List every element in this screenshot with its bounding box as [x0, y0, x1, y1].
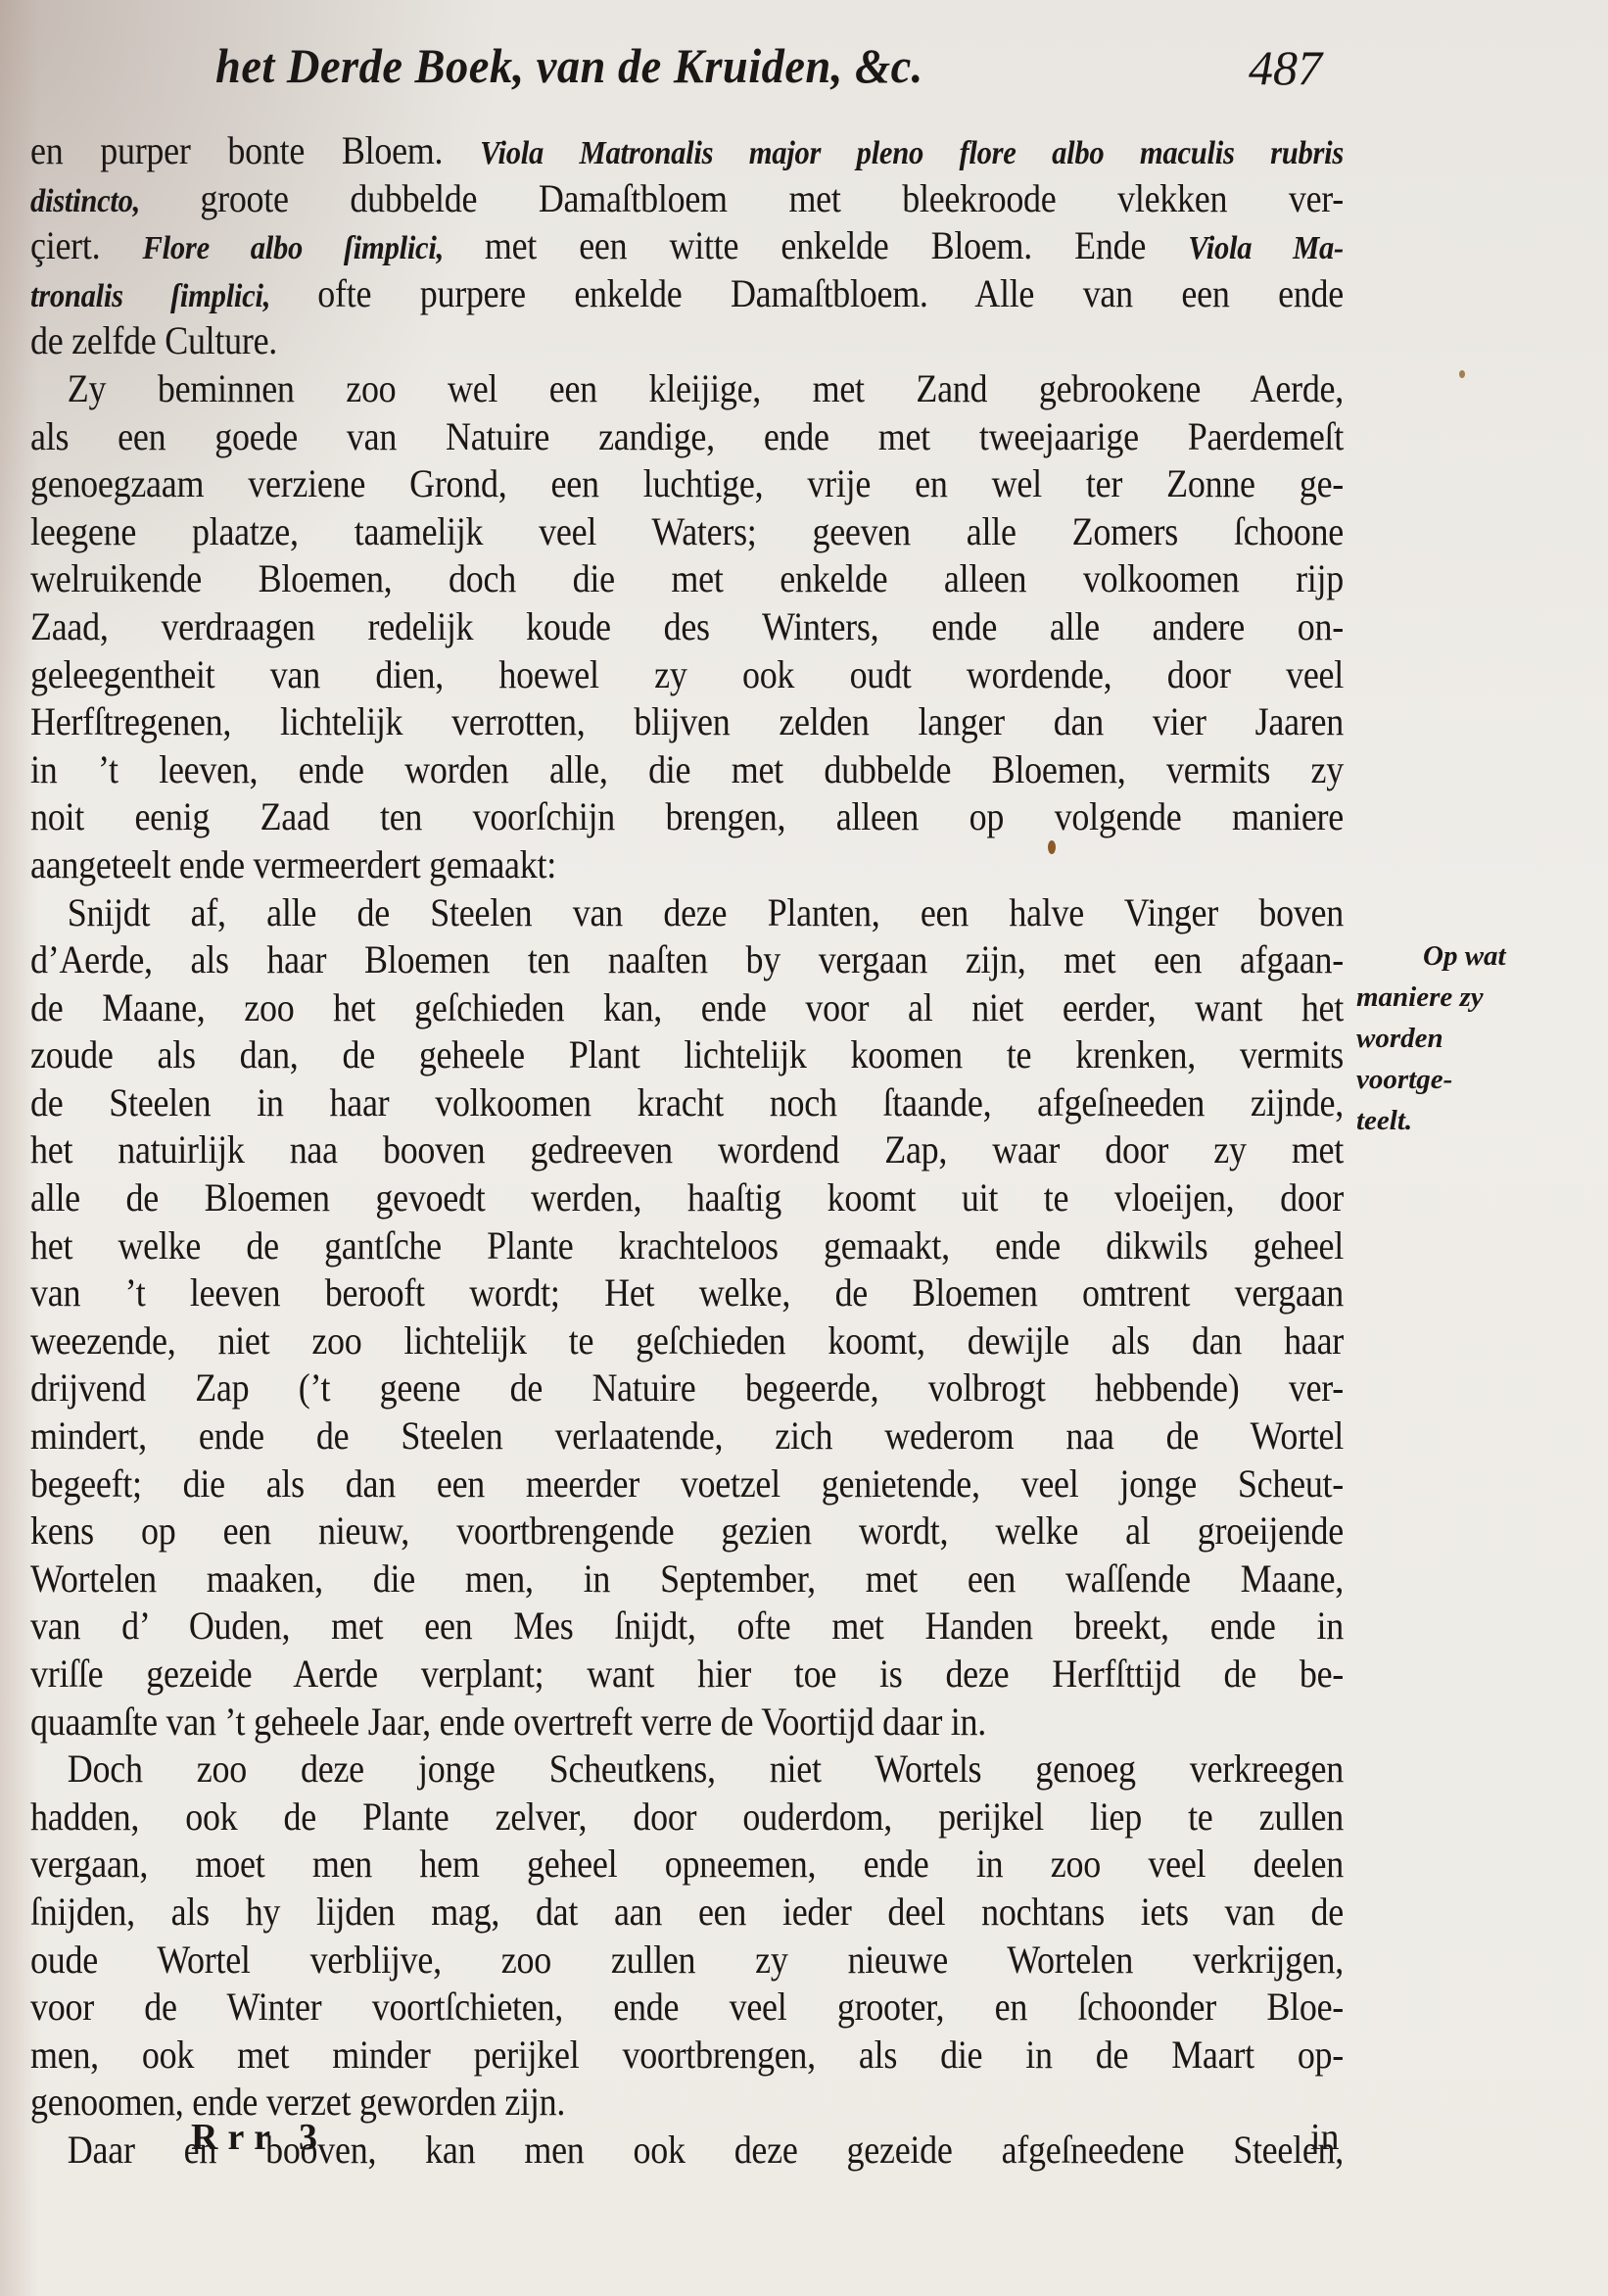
text-line: voor de Winter voortſchieten, ende veel … [30, 1984, 1344, 2032]
text-line: geleegentheit van dien, hoewel zy ook ou… [30, 651, 1344, 699]
text-line: noit eenig Zaad ten voorſchijn brengen, … [30, 793, 1344, 841]
text-line: men, ook met minder perijkel voortbrenge… [30, 2032, 1344, 2080]
text-segment: het natuirlijk naa booven gedreeven word… [30, 1127, 1344, 1172]
text-segment: geleegentheit van dien, hoewel zy ook ou… [30, 652, 1344, 696]
text-line: zoude als dan, de geheele Plant lichteli… [30, 1031, 1344, 1079]
text-line: leegene plaatze, taamelijk veel Waters; … [30, 508, 1344, 556]
text-segment: leegene plaatze, taamelijk veel Waters; … [30, 509, 1344, 553]
text-line: het welke de gantſche Plante krachteloos… [30, 1222, 1344, 1270]
margin-note: Op watmaniere zywordenvoortge-teelt. [1356, 935, 1533, 1141]
text-segment: kens op een nieuw, voortbrengende gezien… [30, 1508, 1344, 1553]
text-segment: van ’t leeven berooft wordt; Het welke, … [30, 1270, 1344, 1315]
text-line: hadden, ook de Plante zelver, door ouder… [30, 1794, 1344, 1842]
text-segment: in ’t leeven, ende worden alle, die met … [30, 747, 1344, 791]
text-segment: voor de Winter voortſchieten, ende veel … [30, 1985, 1344, 2029]
text-line: de Maane, zoo het geſchieden kan, ende v… [30, 984, 1344, 1032]
text-segment: d’Aerde, als haar Bloemen ten naaſten by… [30, 937, 1344, 981]
text-segment: van d’ Ouden, met een Mes ſnijdt, ofte m… [30, 1603, 1344, 1648]
text-segment: Zy beminnen zoo wel een kleijige, met Za… [68, 366, 1344, 410]
text-segment: ofte purpere enkelde Damaſtbloem. Alle v… [317, 271, 1344, 315]
ink-speck [1048, 840, 1056, 854]
text-line: weezende, niet zoo lichtelijk te geſchie… [30, 1317, 1344, 1365]
text-line: van d’ Ouden, met een Mes ſnijdt, ofte m… [30, 1602, 1344, 1650]
text-line: van ’t leeven berooft wordt; Het welke, … [30, 1269, 1344, 1317]
margin-note-line: maniere zy [1356, 977, 1533, 1018]
text-line: vergaan, moet men hem geheel opneemen, e… [30, 1841, 1344, 1889]
text-segment: Doch zoo deze jonge Scheutkens, niet Wor… [68, 1746, 1344, 1791]
text-segment: vriſſe gezeide Aerde verplant; want hier… [30, 1651, 1344, 1696]
text-segment: groote dubbelde Damaſtbloem met bleekroo… [200, 176, 1344, 220]
text-line: en purper bonte Bloem. Viola Matronalis … [30, 127, 1344, 175]
text-line: çiert. Flore albo ſimplici, met een witt… [30, 222, 1344, 270]
latin-phrase: Viola Ma- [1188, 230, 1344, 266]
latin-phrase: tronalis ſimplici, [30, 278, 317, 314]
text-line: de zelfde Culture. [30, 317, 1344, 365]
text-segment: de Steelen in haar volkoomen kracht noch… [30, 1080, 1344, 1124]
text-segment: quaamſte van ’t geheele Jaar, ende overt… [30, 1699, 986, 1744]
text-line: oude Wortel verblijve, zoo zullen zy nie… [30, 1937, 1344, 1985]
text-line: d’Aerde, als haar Bloemen ten naaſten by… [30, 936, 1344, 984]
text-segment: aangeteelt ende vermeerdert gemaakt: [30, 842, 556, 886]
text-segment: hadden, ook de Plante zelver, door ouder… [30, 1794, 1344, 1839]
margin-note-line: teelt. [1356, 1100, 1533, 1141]
text-line: Doch zoo deze jonge Scheutkens, niet Wor… [30, 1746, 1344, 1794]
running-title: het Derde Boek, van de Kruiden, &c. [215, 37, 923, 94]
text-segment: oude Wortel verblijve, zoo zullen zy nie… [30, 1937, 1344, 1982]
latin-phrase: distincto, [30, 183, 200, 219]
page-number: 487 [1249, 39, 1322, 96]
body-text: en purper bonte Bloem. Viola Matronalis … [30, 127, 1343, 2175]
text-line: Zy beminnen zoo wel een kleijige, met Za… [30, 365, 1344, 413]
text-line: ſnijden, als hy lijden mag, dat aan een … [30, 1889, 1344, 1937]
text-line: drijvend Zap (’t geene de Natuire begeer… [30, 1364, 1344, 1412]
margin-note-line: Op wat [1356, 935, 1533, 977]
text-segment: zoude als dan, de geheele Plant lichteli… [30, 1032, 1344, 1076]
text-segment: met een witte enkelde Bloem. Ende [485, 223, 1188, 267]
margin-note-line: worden [1356, 1018, 1533, 1059]
text-line: mindert, ende de Steelen verlaatende, zi… [30, 1412, 1344, 1460]
text-segment: Herfſtregenen, lichtelijk verrotten, bli… [30, 699, 1344, 743]
text-line: begeeft; die als dan een meerder voetzel… [30, 1460, 1344, 1508]
text-line: aangeteelt ende vermeerdert gemaakt: [30, 841, 1344, 889]
text-segment: Wortelen maaken, die men, in September, … [30, 1556, 1344, 1601]
text-segment: noit eenig Zaad ten voorſchijn brengen, … [30, 794, 1344, 838]
text-line: alle de Bloemen gevoedt werden, haaſtig … [30, 1174, 1344, 1222]
text-segment: en purper bonte Bloem. [30, 128, 480, 172]
text-line: welruikende Bloemen, doch die met enkeld… [30, 555, 1344, 603]
ink-speck [1459, 370, 1465, 378]
latin-phrase: Flore albo ſimplici, [143, 230, 485, 266]
text-line: tronalis ſimplici, ofte purpere enkelde … [30, 270, 1344, 318]
text-line: als een goede van Natuire zandige, ende … [30, 413, 1344, 461]
text-line: de Steelen in haar volkoomen kracht noch… [30, 1079, 1344, 1127]
text-segment: de Maane, zoo het geſchieden kan, ende v… [30, 985, 1344, 1029]
text-line: genoegzaam verziene Grond, een luchtige,… [30, 460, 1344, 508]
text-segment: het welke de gantſche Plante krachteloos… [30, 1223, 1344, 1268]
text-segment: vergaan, moet men hem geheel opneemen, e… [30, 1842, 1344, 1886]
text-segment: welruikende Bloemen, doch die met enkeld… [30, 556, 1344, 600]
catchword: in [1310, 2116, 1340, 2159]
margin-note-line: voortge- [1356, 1059, 1533, 1100]
text-segment: als een goede van Natuire zandige, ende … [30, 414, 1344, 458]
text-line: in ’t leeven, ende worden alle, die met … [30, 746, 1344, 794]
text-line: Snijdt af, alle de Steelen van deze Plan… [30, 889, 1344, 937]
text-segment: drijvend Zap (’t geene de Natuire begeer… [30, 1365, 1344, 1410]
text-segment: Snijdt af, alle de Steelen van deze Plan… [68, 890, 1344, 934]
text-segment: ſnijden, als hy lijden mag, dat aan een … [30, 1889, 1344, 1934]
text-line: Wortelen maaken, die men, in September, … [30, 1555, 1344, 1603]
text-segment: genoegzaam verziene Grond, een luchtige,… [30, 461, 1344, 505]
text-line: vriſſe gezeide Aerde verplant; want hier… [30, 1650, 1344, 1698]
text-line: quaamſte van ’t geheele Jaar, ende overt… [30, 1698, 1344, 1746]
page-header: het Derde Boek, van de Kruiden, &c. 487 [215, 37, 1361, 116]
text-segment: mindert, ende de Steelen verlaatende, zi… [30, 1413, 1344, 1458]
text-line: Herfſtregenen, lichtelijk verrotten, bli… [30, 698, 1344, 746]
text-segment: alle de Bloemen gevoedt werden, haaſtig … [30, 1175, 1344, 1220]
text-segment: begeeft; die als dan een meerder voetzel… [30, 1461, 1344, 1506]
text-segment: de zelfde Culture. [30, 318, 277, 362]
latin-phrase: Viola Matronalis major pleno flore albo … [480, 135, 1344, 171]
text-line: distincto, groote dubbelde Damaſtbloem m… [30, 175, 1344, 223]
text-segment: weezende, niet zoo lichtelijk te geſchie… [30, 1318, 1344, 1363]
text-line: kens op een nieuw, voortbrengende gezien… [30, 1507, 1344, 1555]
text-segment: men, ook met minder perijkel voortbrenge… [30, 2033, 1344, 2077]
text-line: Zaad, verdraagen redelijk koude des Wint… [30, 603, 1344, 651]
signature-mark: Rrr 3 [191, 2116, 327, 2159]
text-segment: Zaad, verdraagen redelijk koude des Wint… [30, 604, 1344, 648]
text-segment: çiert. [30, 223, 143, 267]
text-line: het natuirlijk naa booven gedreeven word… [30, 1126, 1344, 1174]
